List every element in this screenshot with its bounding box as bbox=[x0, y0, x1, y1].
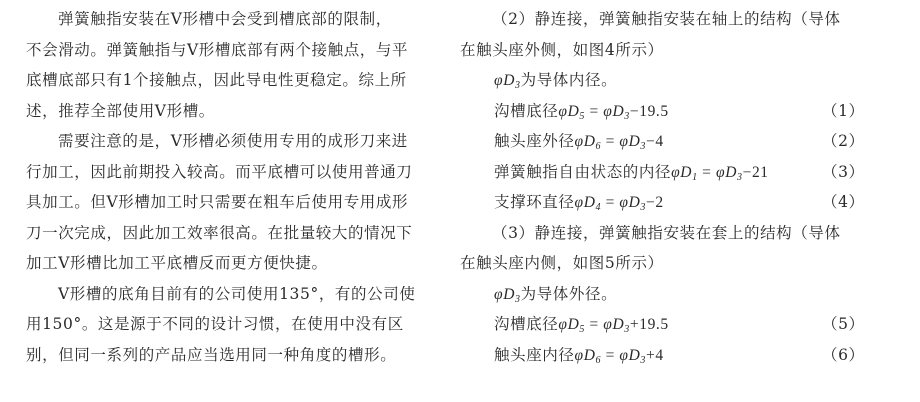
equation-1: 沟槽底径φD5 = φD3−19.5 （1） bbox=[460, 96, 860, 127]
section-2-heading: （2）静连接，弹簧触指安装在轴上的结构（导体 bbox=[460, 4, 860, 35]
equation-number: （6） bbox=[822, 340, 865, 371]
equation-3: 弹簧触指自由状态的内径φD1 = φD3−21 （3） bbox=[460, 157, 860, 188]
paragraph-1-line-1: 弹簧触指安装在V形槽中会受到槽底部的限制， bbox=[26, 4, 426, 35]
symbol-phi-d3: φD3 bbox=[494, 286, 521, 303]
section-3-heading-cont: 在触头座内侧，如图5所示） bbox=[460, 248, 860, 279]
equation-5: 沟槽底径φD5 = φD3+19.5 （5） bbox=[460, 309, 860, 340]
paragraph-2-line-5: 加工V形槽比加工平底槽反而更方便快捷。 bbox=[26, 248, 426, 279]
paragraph-3-line-2: 用150°。这是源于不同的设计习惯，在使用中没有区 bbox=[26, 309, 426, 340]
paragraph-2-line-3: 具加工。但V形槽加工时只需要在粗车后使用专用成形 bbox=[26, 187, 426, 218]
paragraph-1-line-2: 不会滑动。弹簧触指与V形槽底部有两个接触点，与平 bbox=[26, 35, 426, 66]
equation-2: 触头座外径φD6 = φD3−4 （2） bbox=[460, 126, 860, 157]
section-2-definition: φD3为导体内径。 bbox=[460, 65, 860, 96]
paragraph-3-line-3: 别，但同一系列的产品应当选用同一种角度的槽形。 bbox=[26, 340, 426, 371]
equation-4: 支撑环直径φD4 = φD3−2 （4） bbox=[460, 187, 860, 218]
equation-number: （1） bbox=[822, 96, 865, 127]
right-column: （2）静连接，弹簧触指安装在轴上的结构（导体 在触头座外侧，如图4所示） φD3… bbox=[460, 4, 860, 370]
paragraph-3-line-1: V形槽的底角目前有的公司使用135°，有的公司使 bbox=[26, 279, 426, 310]
paragraph-1-line-3: 底槽底部只有1个接触点，因此导电性更稳定。综上所 bbox=[26, 65, 426, 96]
left-column: 弹簧触指安装在V形槽中会受到槽底部的限制， 不会滑动。弹簧触指与V形槽底部有两个… bbox=[26, 4, 426, 370]
equation-number: （4） bbox=[822, 187, 865, 218]
equation-6: 触头座内径φD6 = φD3+4 （6） bbox=[460, 340, 860, 371]
paragraph-2-line-4: 刀一次完成，因此加工效率很高。在批量较大的情况下 bbox=[26, 218, 426, 249]
section-2-heading-cont: 在触头座外侧，如图4所示） bbox=[460, 35, 860, 66]
paragraph-2-line-2: 行加工，因此前期投入较高。而平底槽可以使用普通刀 bbox=[26, 157, 426, 188]
section-3-heading: （3）静连接，弹簧触指安装在套上的结构（导体 bbox=[460, 218, 860, 249]
equation-number: （2） bbox=[822, 126, 865, 157]
equation-number: （5） bbox=[822, 309, 865, 340]
paragraph-2-line-1: 需要注意的是，V形槽必须使用专用的成形刀来进 bbox=[26, 126, 426, 157]
paragraph-1-line-4: 述，推荐全部使用V形槽。 bbox=[26, 96, 426, 127]
equation-number: （3） bbox=[822, 157, 865, 188]
symbol-phi-d3: φD3 bbox=[494, 72, 521, 89]
section-3-definition: φD3为导体外径。 bbox=[460, 279, 860, 310]
